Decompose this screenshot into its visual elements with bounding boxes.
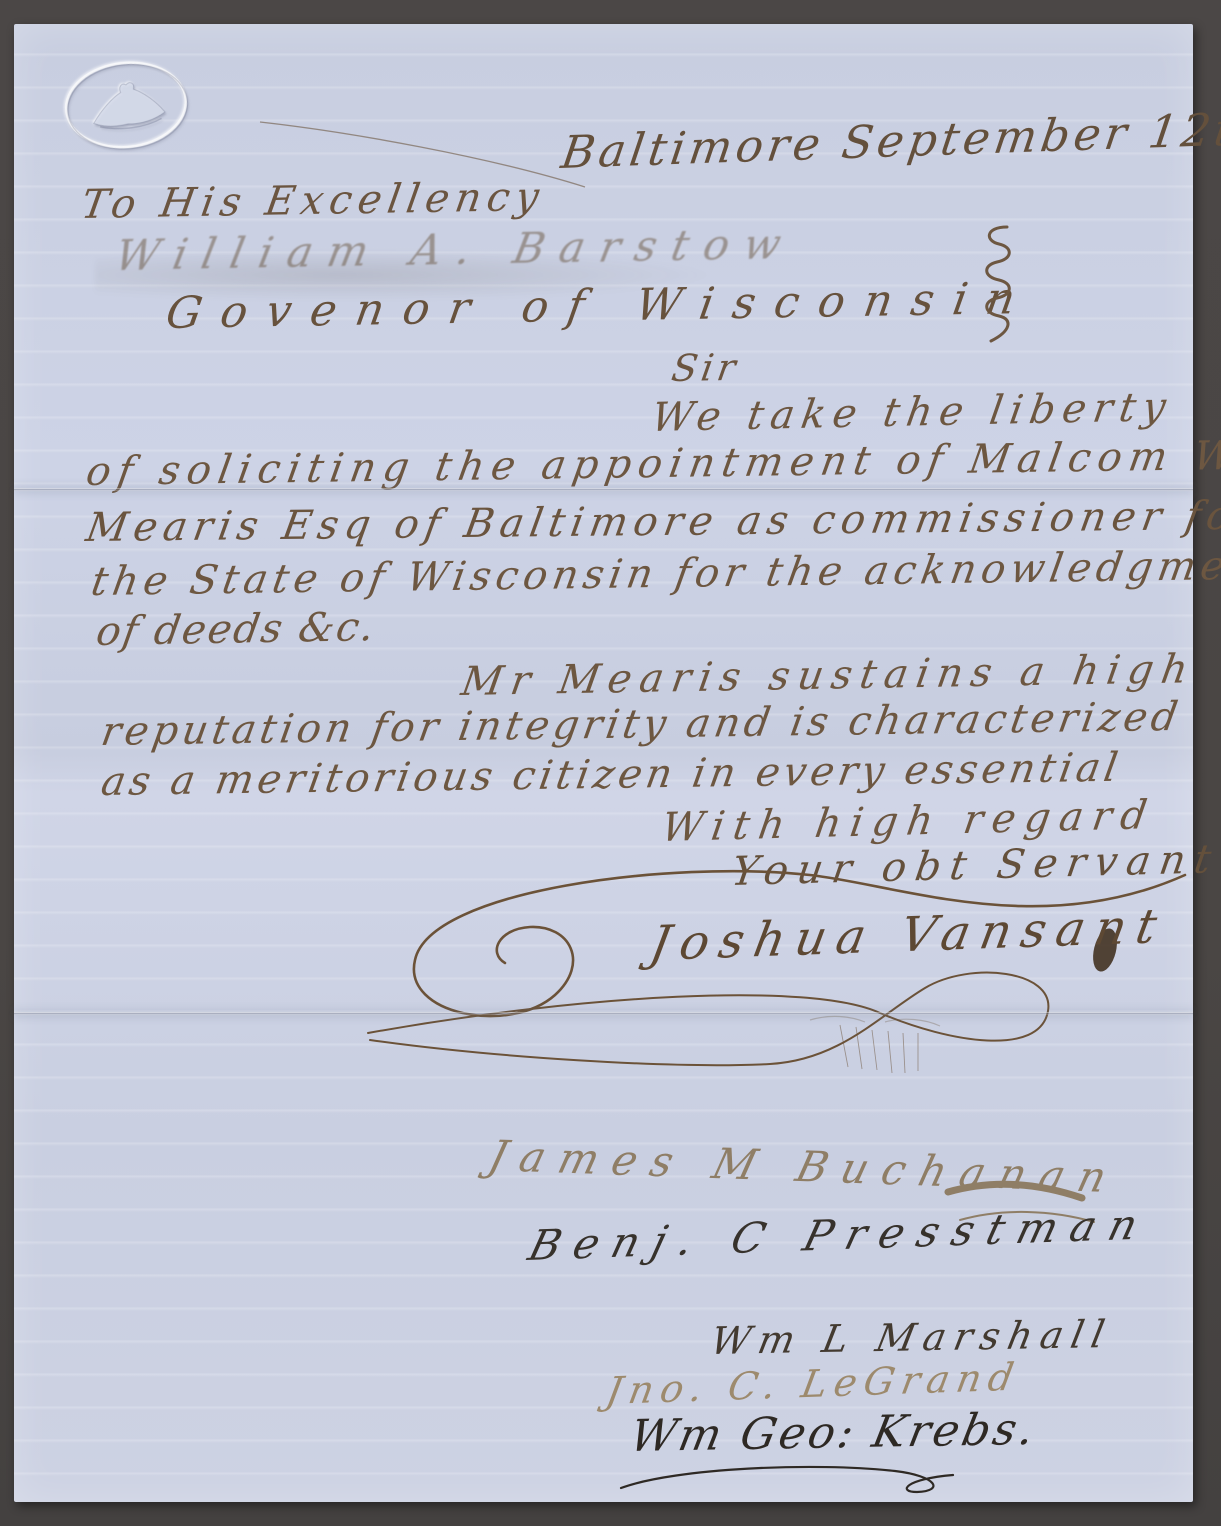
embossed-eagle-seal-icon — [57, 52, 194, 159]
body-line: We take the liberty — [649, 387, 1176, 438]
dateline: Baltimore September 12th 55 — [559, 103, 1221, 175]
cosigner-presstman: Benj. C Presstman — [524, 1204, 1154, 1267]
body-line: Mr Mearis sustains a high — [459, 649, 1199, 702]
krebs-underline-flourish — [615, 1462, 960, 1497]
body-line: as a meritorious citizen in every essent… — [99, 748, 1125, 802]
body-line: of deeds &c. — [94, 607, 379, 652]
body-line: reputation for integrity and is characte… — [99, 697, 1185, 752]
cosigner-krebs: Wm Geo: Krebs. — [626, 1408, 1040, 1459]
body-line: the State of Wisconsin for the acknowled… — [89, 545, 1221, 602]
recipient-line-barstow: William A. Barstow — [112, 223, 800, 277]
salutation: Sir — [669, 349, 742, 387]
fold-crease-bottom — [14, 1012, 1193, 1015]
body-line: Mearis Esq of Baltimore as commissioner … — [83, 496, 1221, 548]
letter-paper: Baltimore September 12th 55 To His Excel… — [14, 24, 1193, 1502]
fold-crease-top — [14, 488, 1193, 491]
brace-squiggle — [975, 225, 1021, 345]
body-line: of soliciting the appointment of Malcom … — [84, 436, 1221, 492]
letter-scan: { "letter": { "dateline": "Baltimore Sep… — [0, 0, 1221, 1526]
recipient-line-governor: Govenor of Wisconsin — [163, 277, 1037, 336]
cosigner-marshall: Wm L Marshall — [708, 1315, 1116, 1360]
recipient-line-excellency: To His Excellency — [79, 177, 548, 225]
cosigner-legrand: Jno. C. LeGrand — [603, 1358, 1023, 1410]
